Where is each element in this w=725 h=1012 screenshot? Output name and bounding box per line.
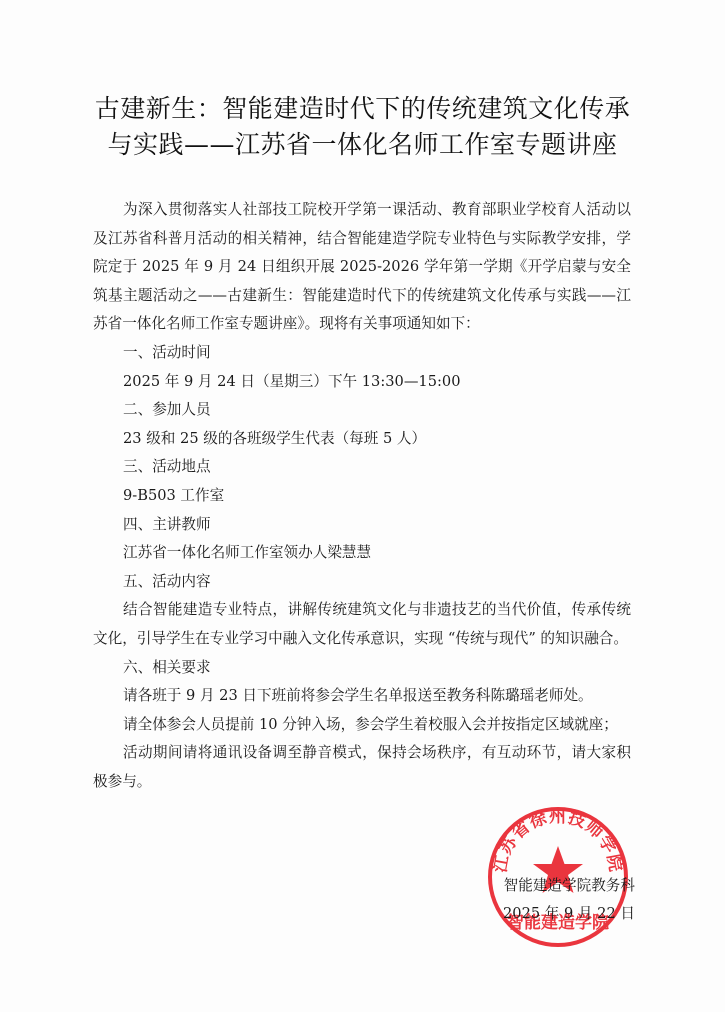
intro-paragraph: 为深入贯彻落实人社部技工院校开学第一课活动、教育部职业学校育人活动以及江苏省科普… <box>93 196 631 339</box>
section-content-participants: 23 级和 25 级的各班级学生代表（每班 5 人） <box>93 425 631 454</box>
section-heading-requirements: 六、相关要求 <box>93 654 631 683</box>
section-heading-content: 五、活动内容 <box>93 568 631 597</box>
document-title-line-1: 古建新生：智能建造时代下的传统建筑文化传承 <box>60 89 665 125</box>
document-title-line-2: 与实践——江苏省一体化名师工作室专题讲座 <box>60 125 665 161</box>
section-content-speaker: 江苏省一体化名师工作室领办人梁慧慧 <box>93 539 631 568</box>
document-body: 为深入贯彻落实人社部技工院校开学第一课活动、教育部职业学校育人活动以及江苏省科普… <box>93 196 631 796</box>
section-content-location: 9-B503 工作室 <box>93 482 631 511</box>
document-page: 古建新生：智能建造时代下的传统建筑文化传承 与实践——江苏省一体化名师工作室专题… <box>0 0 725 1012</box>
requirement-item-1: 请各班于 9 月 23 日下班前将参会学生名单报送至教务科陈璐瑶老师处。 <box>93 682 631 711</box>
requirement-item-2: 请全体参会人员提前 10 分钟入场，参会学生着校服入会并按指定区域就座； <box>93 711 631 740</box>
signature-date: 2025 年 9 月 22 日 <box>485 902 635 923</box>
signature-department: 智能建造学院教务科 <box>485 874 635 895</box>
section-heading-time: 一、活动时间 <box>93 339 631 368</box>
section-heading-speaker: 四、主讲教师 <box>93 511 631 540</box>
section-heading-participants: 二、参加人员 <box>93 396 631 425</box>
section-heading-location: 三、活动地点 <box>93 453 631 482</box>
requirement-item-3: 活动期间请将通讯设备调至静音模式，保持会场秩序，有互动环节，请大家积极参与。 <box>93 739 631 796</box>
section-content-description: 结合智能建造专业特点，讲解传统建筑文化与非遗技艺的当代价值，传承传统文化，引导学… <box>93 596 631 653</box>
section-content-time: 2025 年 9 月 24 日（星期三）下午 13:30—15:00 <box>93 368 631 397</box>
